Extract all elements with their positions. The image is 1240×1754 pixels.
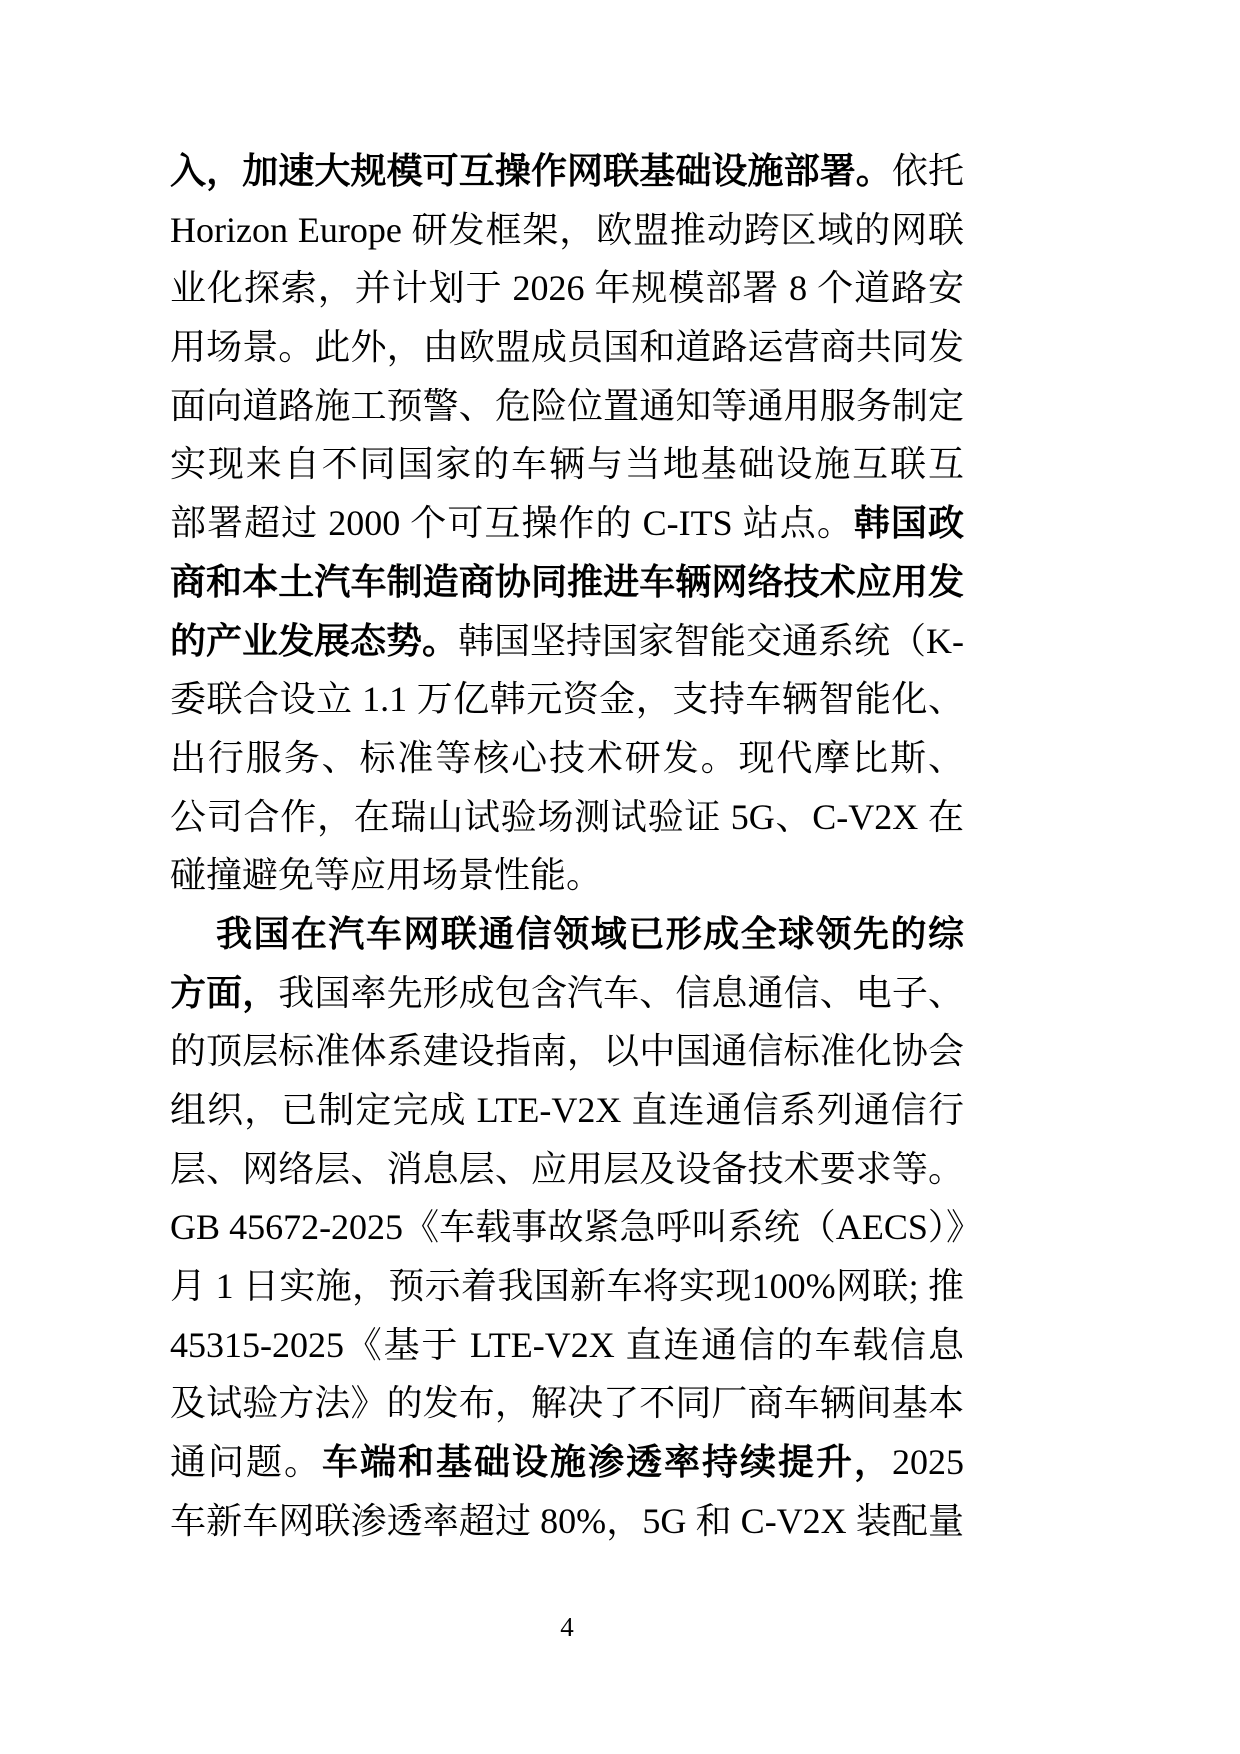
text-line: 通问题。车端和基础设施渗透率持续提升，2025 年 1-7 月，我国乘用 (170, 1433, 964, 1492)
text-line: Horizon Europe 研发框架，欧盟推动跨区域的网联驾驶技术测试与商 (170, 201, 964, 260)
text-segment: 用场景。此外，由欧盟成员国和道路运营商共同发起的 C-Roads 平台， (170, 327, 964, 377)
text-segment: 我国率先形成包含汽车、信息通信、电子、交通等跨行业联合 (170, 973, 964, 1023)
text-line: 的产业发展态势。韩国坚持国家智能交通系统（K-ITS）战略，四部 (170, 612, 964, 671)
text-segment: 层、网络层、消息层、应用层及设备技术要求等。强制性国家标准 (170, 1149, 964, 1199)
text-segment: 出行服务、标准等核心技术研发。现代摩比斯、KT 与现代 MnSOFT (170, 738, 964, 788)
text-segment: 通问题。 (170, 1442, 322, 1482)
text-segment: 委联合设立 1.1 万亿韩元资金，支持车辆智能化、ICT、基础设施、 (170, 679, 964, 729)
text-line: 部署超过 2000 个可互操作的 C-ITS 站点。韩国政府机构、电信运营 (170, 494, 964, 553)
text-segment: 部署超过 2000 个可互操作的 C-ITS 站点。 (170, 503, 854, 543)
bold-text-segment: 我国在汽车网联通信领域已形成全球领先的综合优势。标准体系 (170, 913, 964, 964)
text-line: 公司合作，在瑞山试验场测试验证 5G、C-V2X 在实时高清地图更新、 (170, 788, 964, 847)
text-line: 组织，已制定完成 LTE-V2X 直连通信系列通信行业标准，涵盖接入 (170, 1081, 964, 1140)
text-segment: 45315-2025《基于 LTE-V2X 直连通信的车载信息交互系统技术要求 (170, 1325, 964, 1375)
bold-text-segment: 车端和基础设施渗透率持续提升， (322, 1441, 892, 1482)
text-segment: 实现来自不同国家的车辆与当地基础设施互联互通，已在欧洲范围内 (170, 444, 964, 494)
text-line: 业化探索，并计划于 2026 年规模部署 8 个道路安全相关交通信息应 (170, 259, 964, 318)
text-line: 层、网络层、消息层、应用层及设备技术要求等。强制性国家标准 (170, 1140, 964, 1199)
text-line: GB 45672-2025《车载事故紧急呼叫系统（AECS）》将于 2027 年… (170, 1198, 964, 1257)
text-line: 方面，我国率先形成包含汽车、信息通信、电子、交通等跨行业联合 (170, 964, 964, 1023)
text-line: 商和本土汽车制造商协同推进车辆网络技术应用发展，形成高度协同 (170, 553, 964, 612)
page-number: 4 (170, 1612, 964, 1643)
text-line: 出行服务、标准等核心技术研发。现代摩比斯、KT 与现代 MnSOFT (170, 729, 964, 788)
bold-text-segment: 的产业发展态势。 (170, 620, 458, 661)
bold-text-segment: 入，加速大规模可互操作网联基础设施部署。 (170, 150, 892, 191)
text-segment: 业化探索，并计划于 2026 年规模部署 8 个道路安全相关交通信息应 (170, 268, 964, 318)
text-segment: 组织，已制定完成 LTE-V2X 直连通信系列通信行业标准，涵盖接入 (170, 1090, 964, 1140)
text-line: 45315-2025《基于 LTE-V2X 直连通信的车载信息交互系统技术要求 (170, 1316, 964, 1375)
text-segment: Horizon Europe 研发框架，欧盟推动跨区域的网联驾驶技术测试与商 (170, 210, 964, 260)
text-line: 及试验方法》的发布，解决了不同厂商车辆间基本安全消息的互联互 (170, 1374, 964, 1433)
text-line: 委联合设立 1.1 万亿韩元资金，支持车辆智能化、ICT、基础设施、 (170, 670, 964, 729)
text-segment: 面向道路施工预警、危险位置通知等通用服务制定统一的通信协议， (170, 386, 964, 436)
text-segment: 月 1 日实施，预示着我国新车将实现100%网联; 推荐性国家标准 GB/T (170, 1266, 964, 1316)
bold-text-segment: 方面， (170, 972, 278, 1013)
text-segment: 公司合作，在瑞山试验场测试验证 5G、C-V2X 在实时高清地图更新、 (170, 797, 964, 847)
text-line: 的顶层标准体系建设指南，以中国通信标准化协会（CCSA）为核心 (170, 1022, 964, 1081)
bold-text-segment: 商和本土汽车制造商协同推进车辆网络技术应用发展，形成高度协同 (170, 561, 964, 612)
text-line: 实现来自不同国家的车辆与当地基础设施互联互通，已在欧洲范围内 (170, 435, 964, 494)
document-page: 入，加速大规模可互操作网联基础设施部署。依托 Horizon2020 与Hori… (0, 0, 1240, 1754)
text-line: 我国在汽车网联通信领域已形成全球领先的综合优势。标准体系 (170, 905, 964, 964)
text-segment: 车新车网联渗透率超过 80%，5G 和 C-V2X 装配量超过 300 万辆，先 (170, 1501, 964, 1551)
text-segment: 碰撞避免等应用场景性能。 (170, 855, 602, 895)
text-line: 入，加速大规模可互操作网联基础设施部署。依托 Horizon2020 与 (170, 142, 964, 201)
text-segment: 的顶层标准体系建设指南，以中国通信标准化协会（CCSA）为核心 (170, 1031, 964, 1081)
text-line: 用场景。此外，由欧盟成员国和道路运营商共同发起的 C-Roads 平台， (170, 318, 964, 377)
text-block: 入，加速大规模可互操作网联基础设施部署。依托 Horizon2020 与Hori… (170, 142, 964, 1551)
text-line: 面向道路施工预警、危险位置通知等通用服务制定统一的通信协议， (170, 377, 964, 436)
text-line: 月 1 日实施，预示着我国新车将实现100%网联; 推荐性国家标准 GB/T (170, 1257, 964, 1316)
text-segment: 及试验方法》的发布，解决了不同厂商车辆间基本安全消息的互联互 (170, 1383, 964, 1433)
text-line: 车新车网联渗透率超过 80%，5G 和 C-V2X 装配量超过 300 万辆，先 (170, 1492, 964, 1551)
text-line: 碰撞避免等应用场景性能。 (170, 846, 964, 905)
text-segment: GB 45672-2025《车载事故紧急呼叫系统（AECS）》将于 2027 年… (170, 1207, 964, 1257)
